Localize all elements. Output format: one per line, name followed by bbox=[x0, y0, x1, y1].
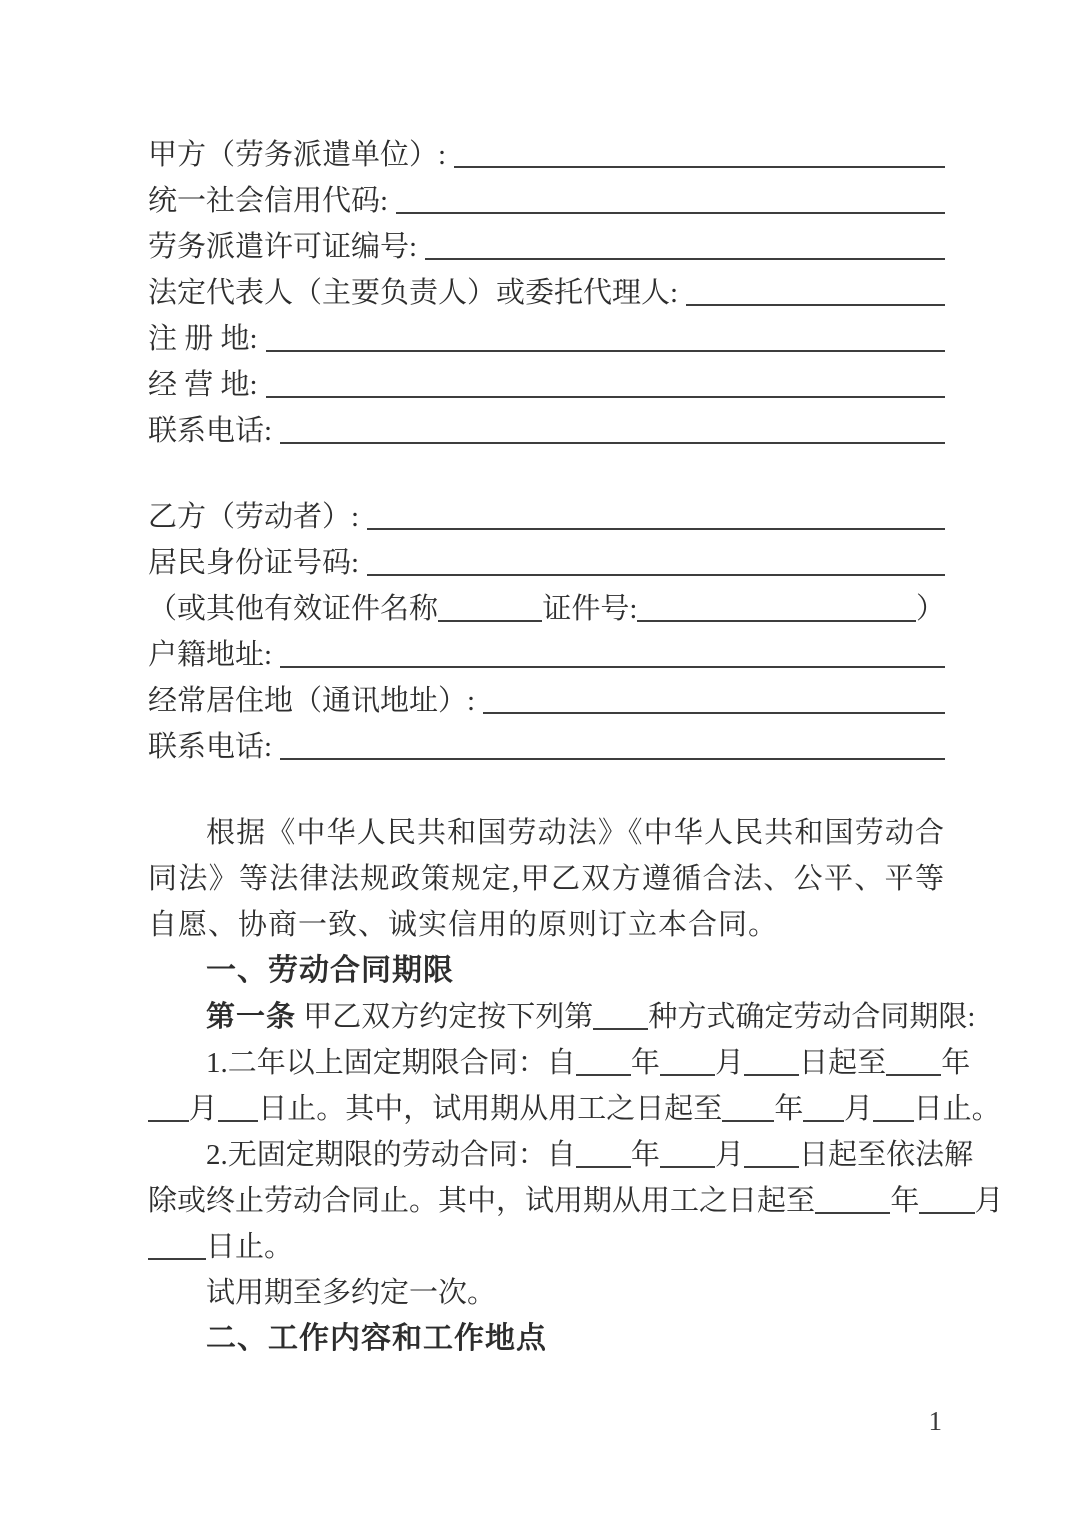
party-b-name-label: 乙方（劳动者）: bbox=[148, 494, 359, 540]
party-a-phone-label: 联系电话: bbox=[148, 408, 272, 454]
text-segment: 除或终止劳动合同止。其中，试用期从用工之日起至 bbox=[148, 1178, 815, 1224]
resident-id-number: 居民身份证号码: bbox=[148, 540, 945, 586]
registered-address: 注 册 地: bbox=[148, 316, 945, 362]
blank-line bbox=[148, 1232, 206, 1260]
social-credit-code-label: 统一社会信用代码: bbox=[148, 178, 388, 224]
text-segment: 月 bbox=[975, 1178, 1004, 1224]
text-segment: 日起至依法解 bbox=[799, 1132, 973, 1178]
blank-line bbox=[886, 1048, 941, 1076]
blank-line bbox=[815, 1186, 890, 1214]
section-gap-1 bbox=[148, 454, 945, 494]
text-segment: 年 bbox=[774, 1086, 803, 1132]
document-page: 甲方（劳务派遣单位）:统一社会信用代码:劳务派遣许可证编号:法定代表人（主要负责… bbox=[0, 0, 1080, 1528]
section-1-heading: 一、劳动合同期限 bbox=[148, 948, 945, 994]
household-address-blank-line bbox=[280, 640, 945, 668]
text-segment: 日止。其中，试用期从用工之日起至 bbox=[258, 1086, 722, 1132]
blank-line bbox=[576, 1048, 631, 1076]
party-b-phone-blank-line bbox=[280, 732, 945, 760]
text-segment: 年 bbox=[631, 1132, 660, 1178]
blank-line bbox=[873, 1094, 914, 1122]
text-segment: 日止。 bbox=[206, 1224, 293, 1270]
article-1: 第一条 甲乙双方约定按下列第种方式确定劳动合同期限: bbox=[148, 994, 945, 1040]
party-a-phone: 联系电话: bbox=[148, 408, 945, 454]
blank-line bbox=[576, 1140, 631, 1168]
legal-representative-label: 法定代表人（主要负责人）或委托代理人: bbox=[148, 270, 678, 316]
social-credit-code: 统一社会信用代码: bbox=[148, 178, 945, 224]
blank-line bbox=[660, 1048, 715, 1076]
residence-address: 经常居住地（通讯地址）: bbox=[148, 678, 945, 724]
page-number: 1 bbox=[929, 1406, 943, 1437]
document-body: 甲方（劳务派遣单位）:统一社会信用代码:劳务派遣许可证编号:法定代表人（主要负责… bbox=[148, 132, 945, 1362]
party-b-name-blank-line bbox=[367, 502, 945, 530]
blank-line bbox=[218, 1094, 259, 1122]
business-address: 经 营 地: bbox=[148, 362, 945, 408]
party-a-name-blank-line bbox=[454, 140, 945, 168]
text-segment: 1.二年以上固定期限合同：自 bbox=[206, 1040, 576, 1086]
section-2-heading: 二、工作内容和工作地点 bbox=[148, 1316, 945, 1362]
blank-line bbox=[722, 1094, 774, 1122]
text-segment: 日起至 bbox=[799, 1040, 886, 1086]
party-b-phone: 联系电话: bbox=[148, 724, 945, 770]
blank-line bbox=[593, 1002, 648, 1030]
text-segment: 甲乙双方约定按下列第 bbox=[296, 994, 593, 1040]
text-segment: 年 bbox=[890, 1178, 919, 1224]
business-address-label: 经 营 地: bbox=[148, 362, 258, 408]
other-credential: （或其他有效证件名称证件号:） bbox=[148, 586, 945, 632]
party-a-name-label: 甲方（劳务派遣单位）: bbox=[148, 132, 446, 178]
dispatch-license-number: 劳务派遣许可证编号: bbox=[148, 224, 945, 270]
text-segment: 年 bbox=[631, 1040, 660, 1086]
blank-line bbox=[637, 594, 916, 622]
blank-line bbox=[660, 1140, 715, 1168]
social-credit-code-blank-line bbox=[396, 186, 945, 214]
blank-line bbox=[148, 1094, 189, 1122]
residence-address-blank-line bbox=[483, 686, 945, 714]
text-segment: 种方式确定劳动合同期限: bbox=[648, 994, 975, 1040]
business-address-blank-line bbox=[266, 370, 945, 398]
blank-line bbox=[919, 1186, 974, 1214]
legal-representative-blank-line bbox=[686, 278, 945, 306]
text-segment: 月 bbox=[715, 1132, 744, 1178]
clause-2-line-1: 2.无固定期限的劳动合同：自年月日起至依法解 bbox=[148, 1132, 945, 1178]
clause-1-line-1: 1.二年以上固定期限合同：自年月日起至年 bbox=[148, 1040, 945, 1086]
household-address: 户籍地址: bbox=[148, 632, 945, 678]
dispatch-license-number-label: 劳务派遣许可证编号: bbox=[148, 224, 417, 270]
party-a-phone-blank-line bbox=[280, 416, 945, 444]
probation-note: 试用期至多约定一次。 bbox=[148, 1270, 945, 1316]
section-gap-2 bbox=[148, 770, 945, 810]
text-segment: ） bbox=[916, 586, 945, 632]
household-address-label: 户籍地址: bbox=[148, 632, 272, 678]
resident-id-number-label: 居民身份证号码: bbox=[148, 540, 359, 586]
party-a-name: 甲方（劳务派遣单位）: bbox=[148, 132, 945, 178]
text-segment: 月 bbox=[189, 1086, 218, 1132]
party-b-phone-label: 联系电话: bbox=[148, 724, 272, 770]
blank-line bbox=[744, 1048, 799, 1076]
text-segment: 日止。 bbox=[914, 1086, 1001, 1132]
legal-representative: 法定代表人（主要负责人）或委托代理人: bbox=[148, 270, 945, 316]
blank-line bbox=[438, 594, 542, 622]
clause-2-line-2: 除或终止劳动合同止。其中，试用期从用工之日起至年月 bbox=[148, 1178, 945, 1224]
preamble-paragraph: 根据《中华人民共和国劳动法》《中华人民共和国劳动合同法》等法律法规政策规定,甲乙… bbox=[148, 810, 945, 948]
bold-text-segment: 第一条 bbox=[206, 994, 296, 1040]
party-b-name: 乙方（劳动者）: bbox=[148, 494, 945, 540]
residence-address-label: 经常居住地（通讯地址）: bbox=[148, 678, 475, 724]
blank-line bbox=[744, 1140, 799, 1168]
text-segment: 月 bbox=[844, 1086, 873, 1132]
text-segment: 年 bbox=[941, 1040, 970, 1086]
registered-address-blank-line bbox=[266, 324, 945, 352]
text-segment: （或其他有效证件名称 bbox=[148, 586, 438, 632]
text-segment: 月 bbox=[715, 1040, 744, 1086]
blank-line bbox=[803, 1094, 844, 1122]
clause-2-line-3: 日止。 bbox=[148, 1224, 945, 1270]
clause-1-line-2: 月日止。其中，试用期从用工之日起至年月日止。 bbox=[148, 1086, 945, 1132]
registered-address-label: 注 册 地: bbox=[148, 316, 258, 362]
text-segment: 证件号: bbox=[542, 586, 637, 632]
dispatch-license-number-blank-line bbox=[425, 232, 945, 260]
resident-id-number-blank-line bbox=[367, 548, 945, 576]
text-segment: 2.无固定期限的劳动合同：自 bbox=[206, 1132, 576, 1178]
